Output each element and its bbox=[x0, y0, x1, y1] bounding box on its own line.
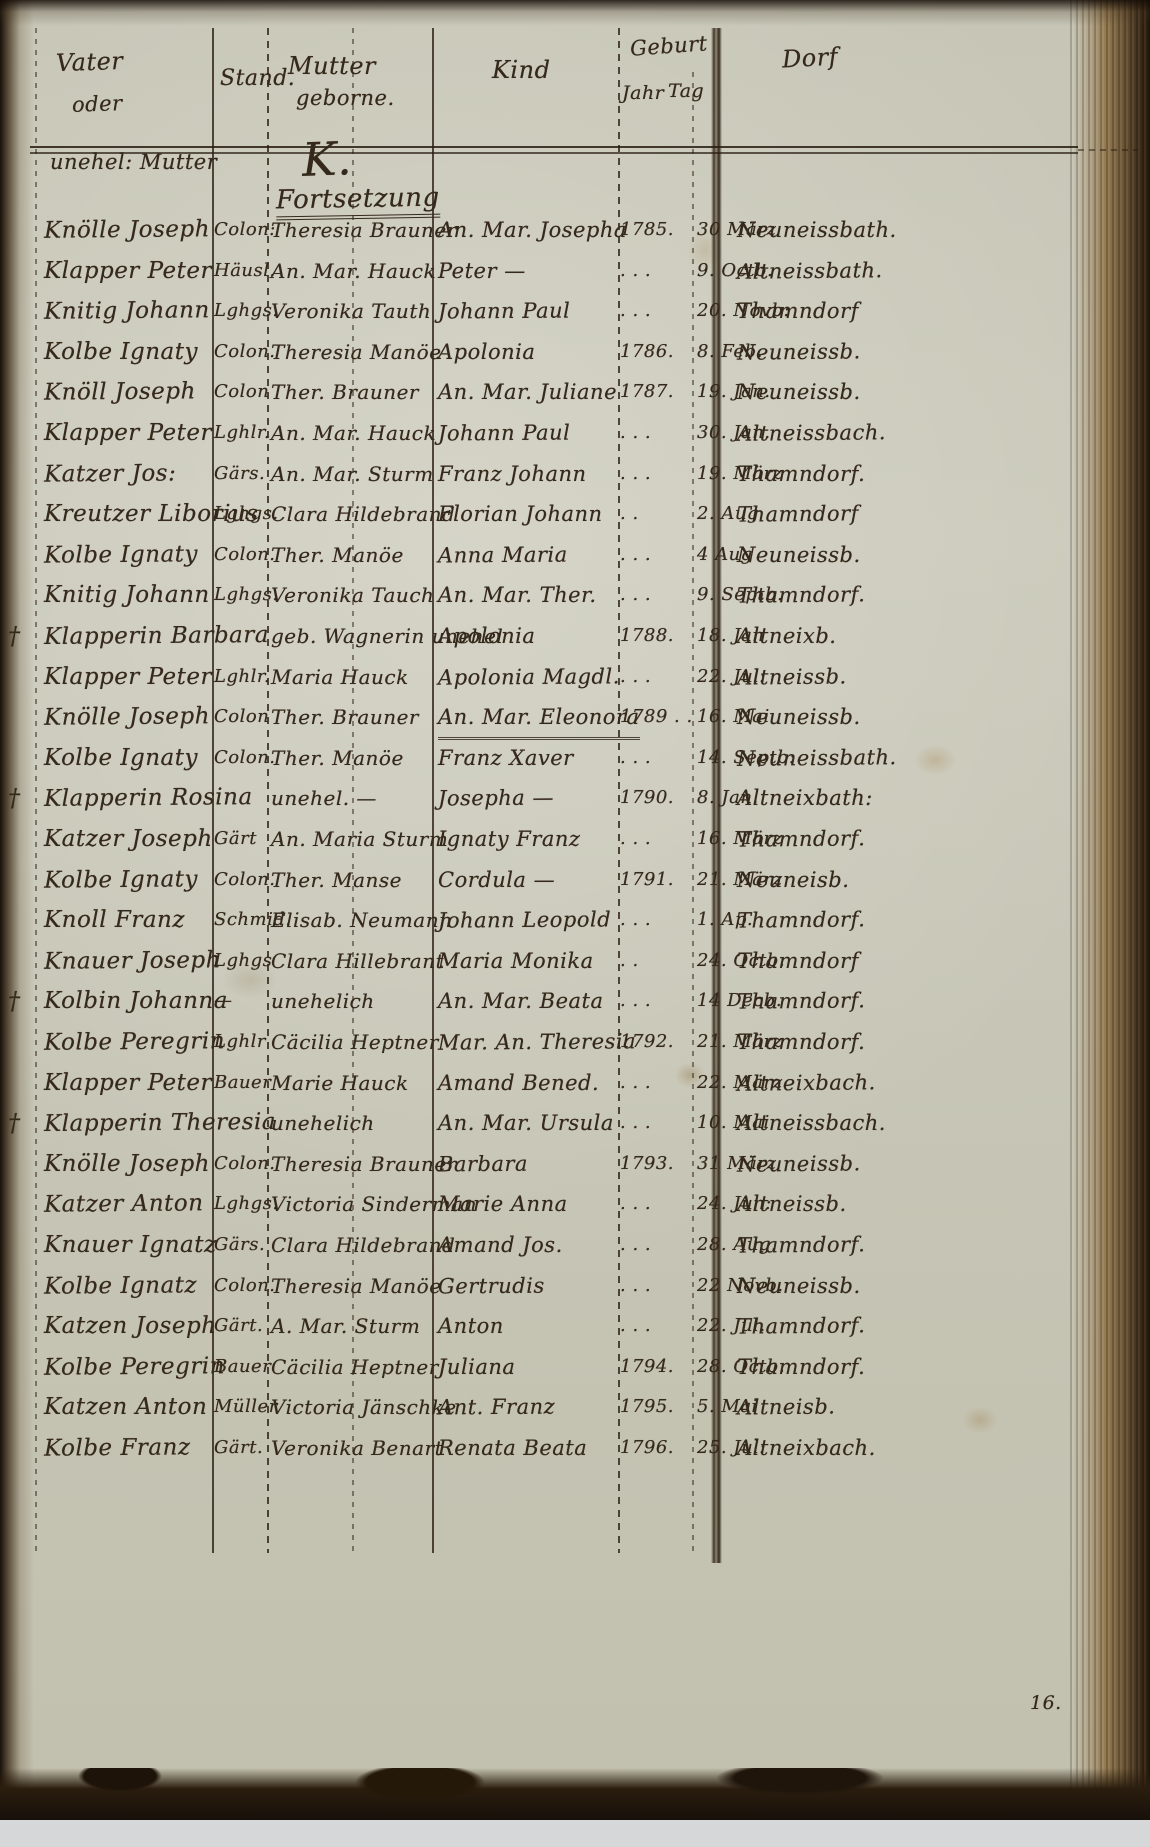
village-name: Neuneissb. bbox=[737, 535, 861, 575]
header-rule-top bbox=[30, 146, 1078, 148]
child-name: Maria Monika bbox=[438, 941, 594, 981]
village-name: Neuneissbath. bbox=[737, 737, 897, 779]
stand-abbreviation: Müller bbox=[214, 1387, 270, 1427]
mother-name: Cäcilia Heptner bbox=[271, 1347, 439, 1387]
father-name: Klapper Peter bbox=[44, 657, 212, 697]
father-name: Knölle Joseph bbox=[44, 1144, 210, 1184]
table-row: Knoll Franz Schmid. Elisab. Neumann Joha… bbox=[0, 900, 1150, 941]
child-name: Marie Anna bbox=[438, 1184, 568, 1224]
father-name: Kolbe Peregrin bbox=[44, 1346, 225, 1388]
birth-year: . . . bbox=[620, 535, 651, 575]
father-name: Knauer Ignatz bbox=[44, 1225, 217, 1265]
birth-year: 1791. bbox=[620, 860, 674, 900]
header-child: Kind bbox=[492, 56, 550, 84]
birth-year: . . . bbox=[620, 454, 651, 494]
child-name: Josepha — bbox=[438, 778, 554, 819]
header-father-line1: Vater bbox=[56, 47, 124, 77]
scanner-background bbox=[0, 1820, 1150, 1847]
stand-abbreviation: Lghlr. bbox=[214, 657, 270, 697]
village-name: Thamndorf. bbox=[737, 1022, 865, 1062]
child-name: Gertrudis bbox=[438, 1265, 545, 1306]
mother-name: Elisab. Neumann bbox=[271, 900, 452, 940]
child-name: Apolonia Magdl. bbox=[438, 656, 620, 697]
child-name: An. Mar. Josepha bbox=[438, 210, 627, 250]
child-name: Anton bbox=[438, 1306, 504, 1346]
mother-name: An. Mar. Sturm bbox=[271, 454, 434, 494]
father-name: Kolbe Franz bbox=[44, 1427, 191, 1468]
stand-abbreviation: Lghlr. bbox=[214, 413, 270, 453]
father-name: Knitig Johann bbox=[44, 290, 210, 331]
mother-name: Veronika Benart bbox=[271, 1428, 443, 1468]
table-row: † Klapperin Rosina unehel. — Josepha — 1… bbox=[0, 778, 1150, 819]
father-name: Knölle Joseph bbox=[44, 209, 210, 250]
birth-year: 1789 . . bbox=[620, 697, 693, 737]
mother-name: Ther. Manse bbox=[271, 860, 402, 900]
mother-name: Theresia Manöe bbox=[271, 332, 442, 372]
village-name: Thamndorf bbox=[737, 941, 859, 981]
child-name: Peter — bbox=[438, 251, 526, 291]
stand-abbreviation: Schmid. bbox=[214, 900, 270, 940]
bottom-page-edge bbox=[0, 1768, 1150, 1820]
birth-year: . . . bbox=[620, 819, 651, 859]
stand-abbreviation: Colon: bbox=[214, 210, 270, 250]
village-name: Neuneissbath. bbox=[737, 210, 897, 250]
table-row: Kolbe Franz Gärt. Veronika Benart Renata… bbox=[0, 1428, 1150, 1469]
table-row: Knitig Johann Lghgs. Veronika Tauth Joha… bbox=[0, 291, 1150, 332]
stand-abbreviation: Gärs. bbox=[214, 454, 265, 494]
mother-name: unehel. — bbox=[271, 778, 377, 818]
mother-name: Clara Hildebrand bbox=[271, 1225, 455, 1265]
father-name: Klapper Peter bbox=[44, 413, 212, 453]
table-row: Kolbe Ignatz Colon. Theresia Manöe Gertr… bbox=[0, 1266, 1150, 1307]
mother-name: Veronika Tauch bbox=[271, 575, 434, 615]
child-name: Mar. An. Theresia bbox=[438, 1021, 636, 1062]
deceased-cross-mark: † bbox=[8, 616, 21, 656]
table-row: Knölle Joseph Colon: Theresia Brauner An… bbox=[0, 210, 1150, 251]
stand-abbreviation: Colon. bbox=[214, 332, 270, 372]
birth-year: 1793. bbox=[620, 1144, 674, 1184]
top-edge-shadow bbox=[0, 0, 1150, 26]
header-birth-year: Jahr bbox=[622, 82, 664, 104]
village-name: Neuneissb. bbox=[737, 331, 861, 372]
table-row: Katzer Joseph Gärt An. Maria Sturm Ignat… bbox=[0, 819, 1150, 860]
birth-year: . . . bbox=[620, 1306, 651, 1346]
mother-name: Maria Hauck bbox=[271, 657, 409, 697]
father-name: Katzer Anton bbox=[44, 1184, 204, 1225]
village-name: Altneissbach. bbox=[737, 1103, 886, 1143]
deceased-cross-mark: † bbox=[8, 981, 21, 1021]
mother-name: Marie Hauck bbox=[271, 1063, 409, 1103]
village-name: Thamndorf. bbox=[737, 1306, 866, 1347]
village-name: Thamndorf bbox=[737, 291, 859, 331]
stand-abbreviation: Colon. bbox=[214, 860, 270, 900]
table-row: Knöll Joseph Colon Ther. Brauner An. Mar… bbox=[0, 372, 1150, 413]
birth-year: 1785. bbox=[620, 210, 674, 250]
village-name: Altneissb. bbox=[737, 656, 847, 697]
birth-year: 1795. bbox=[620, 1387, 674, 1427]
village-name: Altneissbath. bbox=[737, 250, 883, 292]
village-name: Thamndorf. bbox=[737, 1347, 865, 1387]
mother-name: Cäcilia Heptner bbox=[271, 1022, 439, 1062]
village-name: Thamndorf. bbox=[737, 575, 866, 616]
father-name: Knauer Joseph bbox=[44, 940, 221, 982]
father-name: Knoll Franz bbox=[44, 900, 185, 940]
mother-name: Ther. Manöe bbox=[271, 535, 404, 575]
birth-year: 1792. bbox=[620, 1022, 674, 1062]
father-name: Knöll Joseph bbox=[44, 372, 196, 413]
table-row: † Klapperin Theresia unehelich An. Mar. … bbox=[0, 1103, 1150, 1144]
stand-abbreviation: Colon. bbox=[214, 1266, 270, 1306]
father-name: Katzen Anton bbox=[44, 1387, 207, 1427]
father-name: Katzen Joseph bbox=[44, 1306, 217, 1346]
village-name: Thamndorf. bbox=[737, 981, 866, 1022]
table-row: Katzen Anton Müller Victoria Jänschke An… bbox=[0, 1387, 1150, 1428]
stand-abbreviation: Colon. bbox=[214, 1144, 270, 1184]
mother-name: An. Mar. Hauck bbox=[271, 413, 436, 453]
birth-year: . . . bbox=[620, 900, 651, 940]
father-name: Klapper Peter bbox=[44, 251, 212, 291]
village-name: Neuneisb. bbox=[737, 860, 849, 900]
father-name: Kolbe Ignaty bbox=[44, 534, 198, 575]
stand-abbreviation: Gärs. bbox=[214, 1225, 265, 1265]
margin-note-illegitimate-mother: unehel: Mutter bbox=[50, 150, 217, 174]
village-name: Thamndorf. bbox=[737, 454, 865, 494]
village-name: Altneixbach. bbox=[737, 1062, 876, 1103]
table-row: Kolbe Ignaty Colon. Ther. Manöe Anna Mar… bbox=[0, 535, 1150, 576]
table-row: Klapper Peter Bauer Marie Hauck Amand Be… bbox=[0, 1063, 1150, 1104]
mother-name: Clara Hildebrand bbox=[271, 494, 455, 534]
child-name: Johann Leopold bbox=[438, 900, 611, 941]
header-village: Dorf bbox=[781, 43, 838, 74]
stand-abbreviation: Gärt. bbox=[214, 1428, 263, 1468]
child-name: An. Mar. Ther. bbox=[438, 575, 597, 615]
child-name: Ignaty Franz bbox=[438, 819, 580, 859]
birth-year: . . . bbox=[620, 981, 651, 1021]
table-row: Kolbe Peregrin Lghlr Cäcilia Heptner Mar… bbox=[0, 1022, 1150, 1063]
child-name: Juliana bbox=[438, 1347, 515, 1387]
village-name: Altneixbach. bbox=[737, 1428, 876, 1468]
table-row: Knölle Joseph Colon. Theresia Brauner Ba… bbox=[0, 1144, 1150, 1185]
father-name: Klapperin Theresia bbox=[44, 1102, 276, 1144]
table-row: Knitig Johann Lghgs. Veronika Tauch An. … bbox=[0, 575, 1150, 616]
child-name: An. Mar. Beata bbox=[438, 981, 603, 1021]
mother-name: Veronika Tauth bbox=[271, 291, 431, 331]
register-page-photo: { "page": { "margin_note": "unehel: Mutt… bbox=[0, 0, 1150, 1847]
father-name: Kolbin Johanna bbox=[44, 981, 228, 1021]
page-number: 16. bbox=[1030, 1692, 1062, 1714]
birth-year: . . bbox=[620, 941, 639, 981]
stand-abbreviation: Lghgs. bbox=[214, 494, 270, 534]
father-name: Katzer Jos: bbox=[44, 453, 177, 494]
child-name: Anna Maria bbox=[438, 534, 568, 575]
birth-year: 1794. bbox=[620, 1347, 674, 1387]
birth-year: . . . bbox=[620, 1103, 651, 1143]
child-name: Florian Johann bbox=[438, 494, 603, 534]
village-name: Thamndorf. bbox=[737, 1224, 866, 1265]
child-name: Apolonia bbox=[438, 616, 535, 656]
child-name: Apolonia bbox=[438, 332, 535, 372]
stand-abbreviation: Lghgs bbox=[214, 941, 270, 981]
mother-name: An. Maria Sturm bbox=[271, 819, 448, 859]
child-name: Johann Paul bbox=[438, 291, 571, 332]
mother-name: unehelich bbox=[271, 981, 375, 1021]
section-letter: K. bbox=[301, 131, 353, 187]
birth-year: . . . bbox=[620, 657, 651, 697]
mother-name: unehelich bbox=[271, 1103, 375, 1143]
header-father-line2: oder bbox=[72, 91, 123, 117]
birth-year: . . bbox=[620, 494, 639, 534]
stand-abbreviation: Colon. bbox=[214, 738, 270, 778]
father-name: Kolbe Peregrin bbox=[44, 1021, 225, 1063]
child-name: An. Mar. Ursula bbox=[438, 1103, 614, 1143]
birth-year: 1790. bbox=[620, 778, 674, 818]
village-name: Thamndorf. bbox=[737, 900, 866, 941]
table-row: Klapper Peter Lghlr. An. Mar. Hauck Joha… bbox=[0, 413, 1150, 454]
mother-name: Ther. Brauner bbox=[271, 372, 419, 412]
stand-abbreviation: Gärt. bbox=[214, 1306, 263, 1346]
village-name: Neuneissb. bbox=[737, 1266, 861, 1306]
mother-name: Ther. Manöe bbox=[271, 738, 404, 778]
header-mother-line2: geborne. bbox=[296, 86, 395, 110]
village-name: Altneissb. bbox=[737, 1184, 847, 1224]
table-row: Kolbe Ignaty Colon. Ther. Manöe Franz Xa… bbox=[0, 738, 1150, 779]
child-name: Barbara bbox=[438, 1143, 528, 1184]
village-name: Altneixb. bbox=[737, 616, 836, 656]
birth-year: . . . bbox=[620, 738, 651, 778]
stand-abbreviation: Colon bbox=[214, 697, 269, 737]
table-row: † Klapperin Barbara geb. Wagnerin unehel… bbox=[0, 616, 1150, 657]
child-name: Johann Paul bbox=[438, 413, 571, 454]
stand-abbreviation: Colon bbox=[214, 372, 269, 412]
table-row: † Kolbin Johanna — unehelich An. Mar. Be… bbox=[0, 981, 1150, 1022]
mother-name: Clara Hillebrant bbox=[271, 941, 444, 981]
father-name: Klapper Peter bbox=[44, 1063, 212, 1103]
stand-abbreviation: Lghgs. bbox=[214, 291, 270, 331]
table-row: Knauer Joseph Lghgs Clara Hillebrant Mar… bbox=[0, 941, 1150, 982]
table-row: Klapper Peter Lghlr. Maria Hauck Apoloni… bbox=[0, 657, 1150, 698]
header-stand: Stand. bbox=[220, 66, 295, 91]
table-row: Kolbe Ignaty Colon. Theresia Manöe Apolo… bbox=[0, 332, 1150, 373]
table-row: Kolbe Ignaty Colon. Ther. Manse Cordula … bbox=[0, 860, 1150, 901]
birth-year: 1788. bbox=[620, 616, 674, 656]
child-name: Amand Bened. bbox=[438, 1063, 599, 1103]
birth-year: . . . bbox=[620, 1184, 651, 1224]
stand-abbreviation: Bauer bbox=[214, 1347, 270, 1387]
stand-abbreviation: Lghlr bbox=[214, 1022, 266, 1062]
child-name: Ant. Franz bbox=[438, 1387, 555, 1428]
mother-name: Theresia Brauner bbox=[271, 1144, 457, 1184]
child-name: Franz Xaver bbox=[438, 738, 574, 778]
birth-year: . . . bbox=[620, 1063, 651, 1103]
village-name: Neuneissb. bbox=[737, 1143, 861, 1184]
birth-year: . . . bbox=[620, 1266, 651, 1306]
table-row: Kolbe Peregrin Bauer Cäcilia Heptner Jul… bbox=[0, 1347, 1150, 1388]
birth-year: . . . bbox=[620, 575, 651, 615]
village-name: Altneissbach. bbox=[737, 412, 886, 454]
deceased-cross-mark: † bbox=[8, 778, 21, 818]
village-name: Thamndorf bbox=[737, 494, 859, 535]
mother-name: Theresia Manöe bbox=[271, 1266, 442, 1306]
table-row: Katzer Anton Lghgs. Victoria Sinderman M… bbox=[0, 1184, 1150, 1225]
mother-name: Ther. Brauner bbox=[271, 697, 419, 737]
stand-abbreviation: Lghgs. bbox=[214, 1184, 270, 1224]
father-name: Kolbe Ignaty bbox=[44, 859, 198, 900]
village-name: Altneixbath: bbox=[737, 778, 873, 818]
child-name: Franz Johann bbox=[438, 454, 587, 494]
mother-name: An. Mar. Hauck bbox=[271, 251, 436, 291]
child-name: An. Mar. Juliane bbox=[438, 372, 617, 412]
stand-abbreviation: Colon. bbox=[214, 535, 270, 575]
father-name: Kolbe Ignatz bbox=[44, 1265, 197, 1306]
birth-year: 1796. bbox=[620, 1428, 674, 1468]
header-rule-extension bbox=[1078, 149, 1138, 151]
birth-year: 1787. bbox=[620, 372, 674, 412]
father-name: Klapperin Rosina bbox=[44, 777, 253, 819]
table-row: Klapper Peter Häusl. An. Mar. Hauck Pete… bbox=[0, 251, 1150, 292]
child-name: Cordula — bbox=[438, 860, 555, 900]
table-row: Kreutzer Liborius Lghgs. Clara Hildebran… bbox=[0, 494, 1150, 535]
father-name: Kolbe Ignaty bbox=[44, 332, 198, 372]
birth-year: 1786. bbox=[620, 332, 674, 372]
village-name: Thamndorf. bbox=[737, 818, 866, 859]
stand-abbreviation: — bbox=[214, 981, 233, 1021]
child-name: Amand Jos. bbox=[438, 1225, 563, 1265]
stand-abbreviation: Lghgs. bbox=[214, 575, 270, 615]
child-name: Renata Beata bbox=[438, 1428, 587, 1468]
birth-year: . . . bbox=[620, 1225, 651, 1265]
mother-name: Theresia Brauner bbox=[271, 210, 457, 250]
table-row: Knölle Joseph Colon Ther. Brauner An. Ma… bbox=[0, 697, 1150, 738]
stand-abbreviation: Gärt bbox=[214, 819, 257, 859]
birth-year: . . . bbox=[620, 251, 651, 291]
father-name: Katzer Joseph bbox=[44, 819, 213, 859]
father-name: Knitig Johann bbox=[44, 575, 210, 615]
child-name: An. Mar. Eleonora bbox=[438, 697, 640, 740]
stand-abbreviation: Häusl. bbox=[214, 251, 270, 291]
deceased-cross-mark: † bbox=[8, 1103, 21, 1143]
mother-name: A. Mar. Sturm bbox=[271, 1306, 420, 1346]
table-row: Katzer Jos: Gärs. An. Mar. Sturm Franz J… bbox=[0, 454, 1150, 495]
table-row: Knauer Ignatz Gärs. Clara Hildebrand Ama… bbox=[0, 1225, 1150, 1266]
birth-year: . . . bbox=[620, 413, 651, 453]
stand-abbreviation: Bauer bbox=[214, 1063, 270, 1103]
father-name: Kolbe Ignaty bbox=[44, 738, 198, 778]
village-name: Neuneissb. bbox=[737, 372, 861, 412]
father-name: Knölle Joseph bbox=[44, 696, 210, 737]
header-birth-day: Tag bbox=[668, 80, 704, 102]
birth-year: . . . bbox=[620, 291, 651, 331]
village-name: Neuneissb. bbox=[737, 697, 861, 737]
table-row: Katzen Joseph Gärt. A. Mar. Sturm Anton … bbox=[0, 1306, 1150, 1347]
header-mother-line1: Mutter bbox=[288, 52, 376, 80]
father-name: Klapperin Barbara bbox=[44, 615, 269, 657]
mother-name: Victoria Jänschke bbox=[271, 1387, 457, 1427]
village-name: Altneisb. bbox=[737, 1387, 836, 1428]
